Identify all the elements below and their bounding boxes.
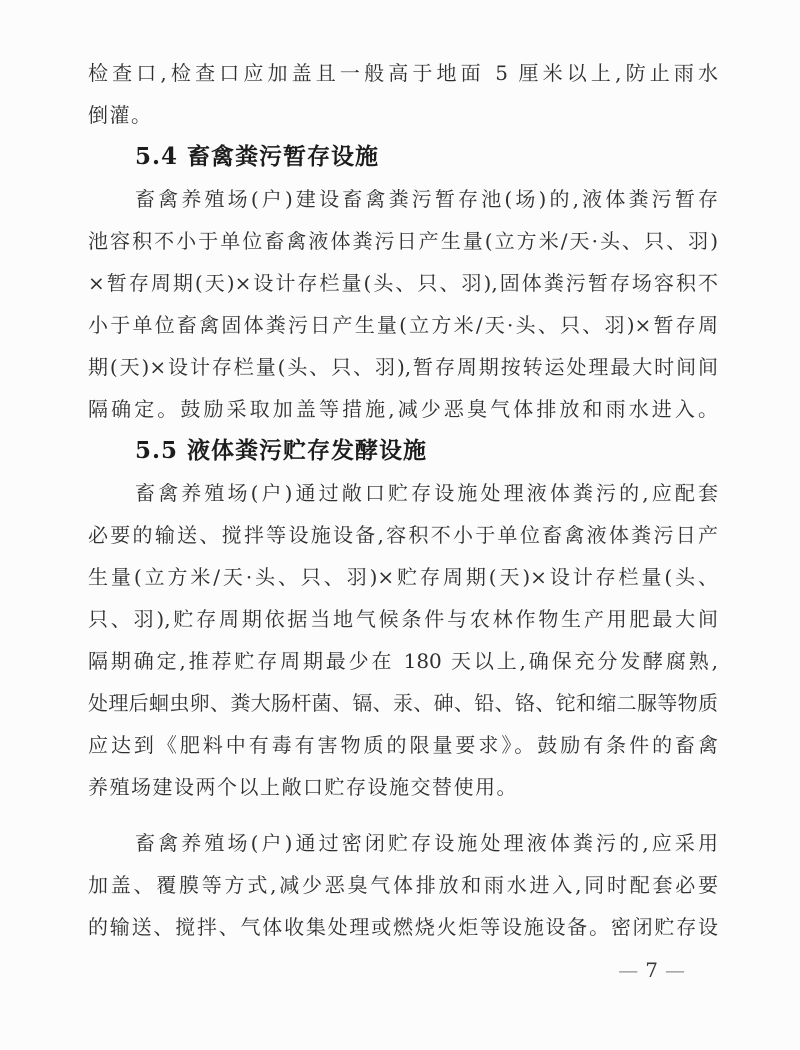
footer-left-dash: — [611,958,645,982]
page-footer: —7— [611,955,692,985]
text-line: 检查口,检查口应加盖且一般高于地面 5 厘米以上,防止雨水 [88,52,718,94]
text-line: 隔期确定,推荐贮存周期最少在 180 天以上,确保充分发酵腐熟, [88,640,718,682]
text-line: 倒灌。 [88,94,718,136]
text-line: 的输送、搅拌、气体收集处理或燃烧火炬等设施设备。密闭贮存设 [88,906,718,948]
text-line: 池容积不小于单位畜禽液体粪污日产生量(立方米/天·头、只、羽) [88,220,718,262]
text-line: 隔确定。鼓励采取加盖等措施,减少恶臭气体排放和雨水进入。 [88,388,718,430]
document-page: 检查口,检查口应加盖且一般高于地面 5 厘米以上,防止雨水倒灌。5.4 畜禽粪污… [0,0,800,1050]
document-text: 检查口,检查口应加盖且一般高于地面 5 厘米以上,防止雨水倒灌。5.4 畜禽粪污… [88,52,718,948]
text-line: 处理后蛔虫卵、粪大肠杆菌、镉、汞、砷、铅、铬、铊和缩二脲等物质 [88,682,718,724]
text-line: 必要的输送、搅拌等设施设备,容积不小于单位畜禽液体粪污日产 [88,514,718,556]
text-line: 应达到《肥料中有毒有害物质的限量要求》。鼓励有条件的畜禽 [88,724,718,766]
text-line: 只、羽),贮存周期依据当地气候条件与农林作物生产用肥最大间 [88,598,718,640]
footer-right-dash: — [658,958,692,982]
text-line: 小于单位畜禽固体粪污日产生量(立方米/天·头、只、羽)×暂存周 [88,304,718,346]
text-line: 生量(立方米/天·头、只、羽)×贮存周期(天)×设计存栏量(头、 [88,556,718,598]
section-heading: 5.4 畜禽粪污暂存设施 [88,136,718,178]
text-line: ×暂存周期(天)×设计存栏量(头、只、羽),固体粪污暂存场容积不 [88,262,718,304]
text-line: 养殖场建设两个以上敞口贮存设施交替使用。 [88,766,718,808]
text-line: 加盖、覆膜等方式,减少恶臭气体排放和雨水进入,同时配套必要 [88,864,718,906]
text-line: 畜禽养殖场(户)通过敞口贮存设施处理液体粪污的,应配套 [88,472,718,514]
section-heading: 5.5 液体粪污贮存发酵设施 [88,430,718,472]
text-line: 期(天)×设计存栏量(头、只、羽),暂存周期按转运处理最大时间间 [88,346,718,388]
text-line: 畜禽养殖场(户)建设畜禽粪污暂存池(场)的,液体粪污暂存 [88,178,718,220]
page-number: 7 [645,958,658,982]
text-line: 畜禽养殖场(户)通过密闭贮存设施处理液体粪污的,应采用 [88,822,718,864]
